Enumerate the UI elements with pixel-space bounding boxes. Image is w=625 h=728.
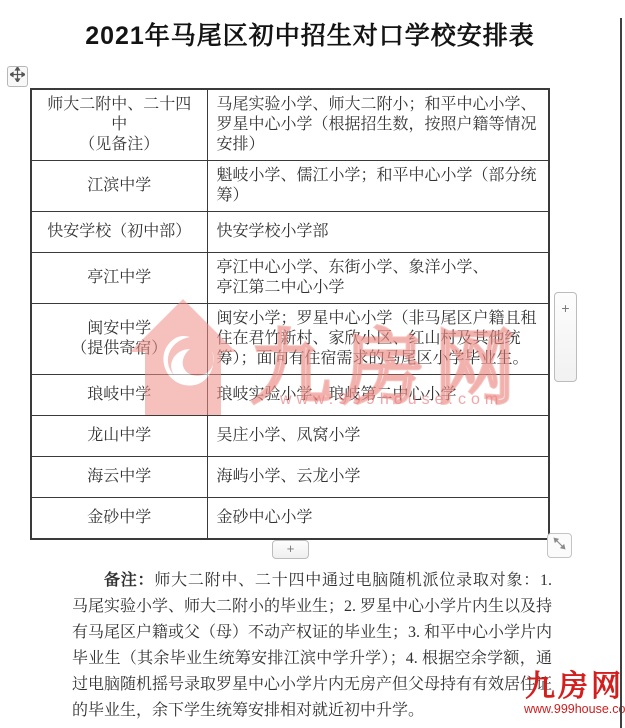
diagonal-resize-icon	[552, 536, 567, 556]
insert-column-button[interactable]: +	[554, 292, 577, 382]
footnote: 备注：师大二附中、二十四中通过电脑随机派位录取对象：1. 马尾实验小学、师大二附…	[72, 568, 552, 724]
school-cell: 师大二附中、二十四中 （见备注）	[31, 89, 207, 161]
school-assignment-table: 师大二附中、二十四中 （见备注） 马尾实验小学、师大二附小；和平中心小学、罗星中…	[30, 88, 550, 540]
feeder-cell: 魁岐小学、儒江小学；和平中心小学（部分统筹）	[207, 161, 549, 212]
feeder-cell: 亭江中心小学、东街小学、象洋小学、 亭江第二中心小学	[207, 253, 549, 304]
footnote-text: 师大二附中、二十四中通过电脑随机派位录取对象：1. 马尾实验小学、师大二附小的毕…	[72, 572, 552, 719]
footnote-label: 备注：	[104, 572, 154, 589]
feeder-cell: 海屿小学、云龙小学	[207, 457, 549, 498]
school-cell: 闽安中学 （提供寄宿）	[31, 304, 207, 375]
table-row: 琅岐中学 琅岐实验小学、琅岐第二中心小学	[31, 375, 549, 416]
move-arrows-icon	[10, 67, 25, 87]
school-cell: 龙山中学	[31, 416, 207, 457]
site-logo-text: 九房网	[524, 672, 624, 702]
page-title: 2021年马尾区初中招生对口学校安排表	[0, 16, 620, 52]
school-cell: 亭江中学	[31, 253, 207, 304]
insert-row-button[interactable]: +	[272, 540, 309, 559]
feeder-cell: 闽安小学；罗星中心小学（非马尾区户籍且租住在君竹新村、家欣小区、红山村及其他统筹…	[207, 304, 549, 375]
feeder-cell: 马尾实验小学、师大二附小；和平中心小学、罗星中心小学（根据招生数，按照户籍等情况…	[207, 89, 549, 161]
table-row: 海云中学 海屿小学、云龙小学	[31, 457, 549, 498]
table-move-handle[interactable]	[7, 66, 28, 87]
page-right-border	[620, 18, 622, 728]
feeder-cell: 金砂中心小学	[207, 498, 549, 540]
school-cell: 金砂中学	[31, 498, 207, 540]
table-row: 闽安中学 （提供寄宿） 闽安小学；罗星中心小学（非马尾区户籍且租住在君竹新村、家…	[31, 304, 549, 375]
school-cell: 江滨中学	[31, 161, 207, 212]
table-row: 龙山中学 吴庄小学、凤窝小学	[31, 416, 549, 457]
feeder-cell: 快安学校小学部	[207, 212, 549, 253]
table-row: 金砂中学 金砂中心小学	[31, 498, 549, 540]
table-row: 师大二附中、二十四中 （见备注） 马尾实验小学、师大二附小；和平中心小学、罗星中…	[31, 89, 549, 161]
table-resize-handle[interactable]	[547, 533, 572, 558]
feeder-cell: 琅岐实验小学、琅岐第二中心小学	[207, 375, 549, 416]
table-row: 江滨中学 魁岐小学、儒江小学；和平中心小学（部分统筹）	[31, 161, 549, 212]
table-row: 快安学校（初中部） 快安学校小学部	[31, 212, 549, 253]
table-row: 亭江中学 亭江中心小学、东街小学、象洋小学、 亭江第二中心小学	[31, 253, 549, 304]
site-logo: 九房网 www.999house.com	[524, 672, 624, 717]
plus-icon: +	[561, 300, 569, 316]
feeder-cell: 吴庄小学、凤窝小学	[207, 416, 549, 457]
document-page: 2021年马尾区初中招生对口学校安排表 师大二附中、二十四中 （见备注） 马尾实…	[0, 0, 625, 728]
school-cell: 琅岐中学	[31, 375, 207, 416]
school-cell: 海云中学	[31, 457, 207, 498]
site-logo-url: www.999house.com	[524, 702, 624, 717]
plus-icon: +	[287, 541, 295, 556]
school-cell: 快安学校（初中部）	[31, 212, 207, 253]
